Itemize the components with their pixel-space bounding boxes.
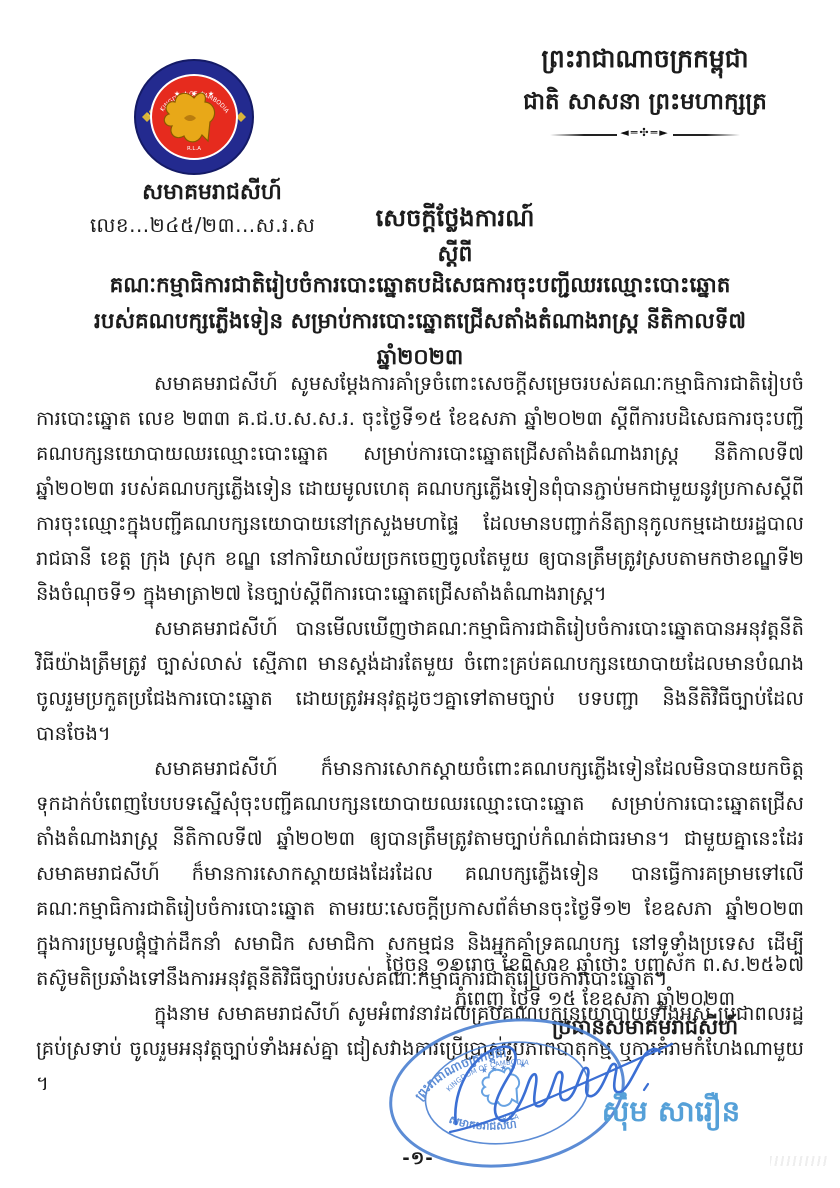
- document-title: គណៈកម្មាធិការជាតិរៀបចំការបោះឆ្នោតបដិសេធក…: [28, 268, 812, 376]
- kingdom-title: ព្រះរាជាណាចក្រកម្ពុជា: [460, 36, 830, 82]
- document-page: ព្រះរាជាណាចក្រកម្ពុជា ជាតិ សាសនា ព្រះមហា…: [0, 0, 840, 1188]
- signer-name: ស៊ឹម សារឿន: [556, 1094, 786, 1136]
- document-type-heading: សេចក្តីថ្លែងការណ៍: [250, 203, 660, 238]
- paragraph-1: សមាគមរាជសីហ៍ សូមសម្តែងការគាំទ្រចំពោះសេចក…: [36, 366, 804, 611]
- org-emblem: ព្រះរាជាណាចក្រកម្ពុជា សមាគមរាជសីហ៍ KINGD…: [132, 58, 256, 176]
- scan-artifact: [770, 1156, 828, 1166]
- emblem-abbr-text: R.L.A: [187, 146, 201, 152]
- national-motto: ជាតិ សាសនា ព្រះមហាក្សត្រ: [460, 82, 830, 122]
- page-number: -១-: [378, 1146, 458, 1173]
- paragraph-2: សមាគមរាជសីហ៍ បានមើលឃើញថាគណៈកម្មាធិការជាត…: [36, 611, 804, 751]
- lunar-date: ថ្ងៃចន្ទ ១១រោច ខែពិសាខ ឆ្នាំថោះ បញ្ចស័ក …: [370, 948, 820, 982]
- title-line-2: របស់គណបក្សភ្លើងទៀន សម្រាប់ការបោះឆ្នោតជ្រ…: [28, 304, 812, 340]
- title-line-1: គណៈកម្មាធិការជាតិរៀបចំការបោះឆ្នោតបដិសេធក…: [28, 268, 812, 304]
- header-divider: ◄═✣═►: [550, 128, 740, 142]
- national-header: ព្រះរាជាណាចក្រកម្ពុជា ជាតិ សាសនា ព្រះមហា…: [460, 36, 830, 142]
- divider-ornament-icon: ◄═✣═►: [550, 126, 740, 139]
- lion-emblem-icon: ព្រះរាជាណាចក្រកម្ពុជា សមាគមរាជសីហ៍ KINGD…: [132, 58, 256, 176]
